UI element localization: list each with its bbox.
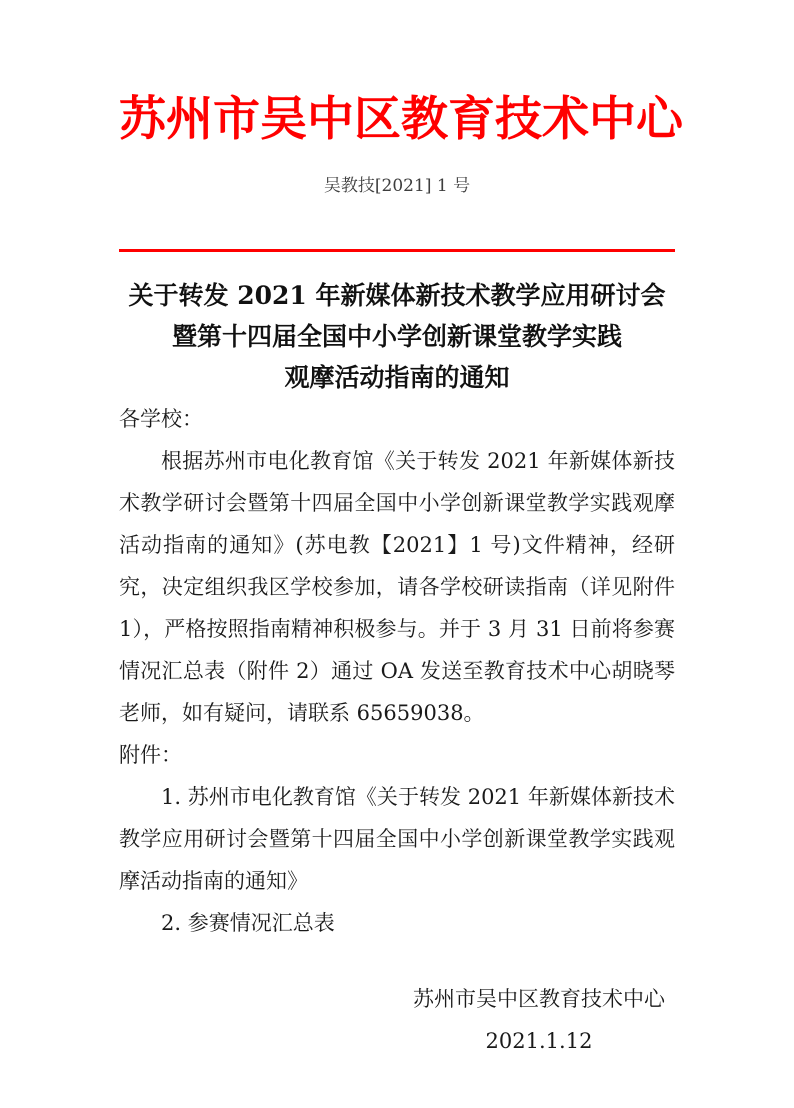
attachment-item-2: 2. 参赛情况汇总表 [119, 902, 675, 944]
attachment-item-1: 1. 苏州市电化教育馆《关于转发 2021 年新媒体新技术教学应用研讨会暨第十四… [119, 776, 675, 902]
document-body: 各学校： 根据苏州市电化教育馆《关于转发 2021 年新媒体新技术教学研讨会暨第… [119, 398, 675, 944]
doc-number: 吴教技[2021] 1 号 [119, 176, 675, 196]
notice-title-line2: 暨第十四届全国中小学创新课堂教学实践 [119, 316, 675, 357]
notice-title-line1: 关于转发 2021 年新媒体新技术教学应用研讨会 [119, 275, 675, 316]
signature-org-name: 苏州市吴中区教育技术中心 [413, 978, 665, 1020]
letterhead: 苏州市吴中区教育技术中心 吴教技[2021] 1 号 [119, 92, 675, 252]
notice-title-line3: 观摩活动指南的通知 [119, 357, 675, 398]
attachments-label: 附件： [119, 734, 675, 776]
notice-title: 关于转发 2021 年新媒体新技术教学应用研讨会 暨第十四届全国中小学创新课堂教… [119, 275, 675, 398]
body-paragraph: 根据苏州市电化教育馆《关于转发 2021 年新媒体新技术教学研讨会暨第十四届全国… [119, 440, 675, 734]
salutation: 各学校： [119, 398, 675, 440]
signature-block: 苏州市吴中区教育技术中心 2021.1.12 [119, 978, 675, 1062]
signature-date: 2021.1.12 [486, 1020, 593, 1062]
document-page: 苏州市吴中区教育技术中心 吴教技[2021] 1 号 关于转发 2021 年新媒… [0, 0, 794, 1108]
letterhead-divider-line [119, 249, 675, 252]
letterhead-org-name: 苏州市吴中区教育技术中心 [119, 92, 675, 148]
